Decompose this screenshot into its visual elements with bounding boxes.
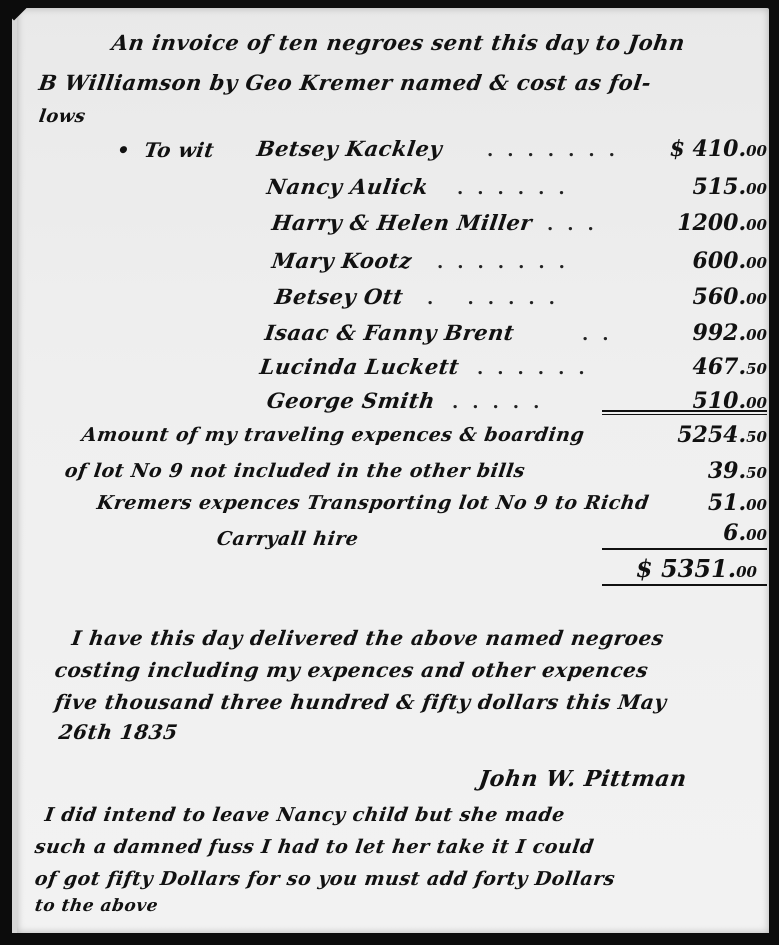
expense-amount: 6.00 [617,520,767,546]
manuscript-page: An invoice of ten negroes sent this day … [12,8,769,933]
to-wit-text: To wit [143,138,216,162]
postscript-line: I did intend to leave Nancy child but sh… [43,804,566,826]
dot-leader: ....... [437,252,579,273]
heading-line-1: An invoice of ten negroes sent this day … [110,30,686,55]
statement-line: five thousand three hundred & fifty doll… [53,690,668,714]
item-amount: 560.00 [617,284,767,310]
item-amount: 992.00 [617,320,767,346]
item-name: Betsey Kackley [255,136,444,161]
total-rule-top [602,548,767,550]
signature: John W. Pittman [477,766,688,792]
subtotal-rule-double [602,414,767,415]
item-amount: 467.50 [617,354,767,380]
statement-line: I have this day delivered the above name… [70,626,665,650]
item-amount: 1200.00 [617,210,767,236]
postscript-line: to the above [34,896,160,916]
postscript-line: of got fifty Dollars for so you must add… [33,868,616,890]
expense-label: Amount of my traveling expences & boardi… [80,424,585,446]
item-name: Mary Kootz [270,248,413,273]
total-amount: $ 5351.00 [577,554,757,583]
dot-leader: ....... [487,140,629,161]
item-name: Isaac & Fanny Brent [263,320,516,345]
item-name: Nancy Aulick [265,174,430,199]
heading-line-2: B Williamson by Geo Kremer named & cost … [37,70,653,95]
item-name: Harry & Helen Miller [270,210,534,235]
item-name: Lucinda Luckett [258,354,461,379]
items-label: •To wit [115,138,216,162]
dot-leader: ... [547,214,608,235]
total-rule-bottom [602,584,767,586]
postscript-line: such a damned fuss I had to let her take… [33,836,595,858]
dot-leader: ...... [457,178,579,199]
heading-line-3: lows [38,106,87,127]
item-amount: 600.00 [617,248,767,274]
item-name: George Smith [265,388,437,413]
expense-label: Carryall hire [215,528,360,550]
item-name: Betsey Ott [273,284,405,309]
item-amount: $ 410.00 [617,136,767,162]
subtotal-amount: 5254.50 [617,422,767,448]
statement-date: 26th 1835 [57,720,179,744]
item-amount: 515.00 [617,174,767,200]
expense-amount: 39.50 [617,458,767,484]
subtotal-rule [602,410,767,412]
statement-line: costing including my expences and other … [53,658,650,682]
expense-label: of lot No 9 not included in the other bi… [63,460,526,482]
expense-label: Kremers expences Transporting lot No 9 t… [95,492,650,514]
dot-leader: ..... [452,392,553,413]
dot-leader: . ..... [427,288,569,309]
dot-leader: ...... [477,358,599,379]
expense-amount: 51.00 [617,490,767,516]
